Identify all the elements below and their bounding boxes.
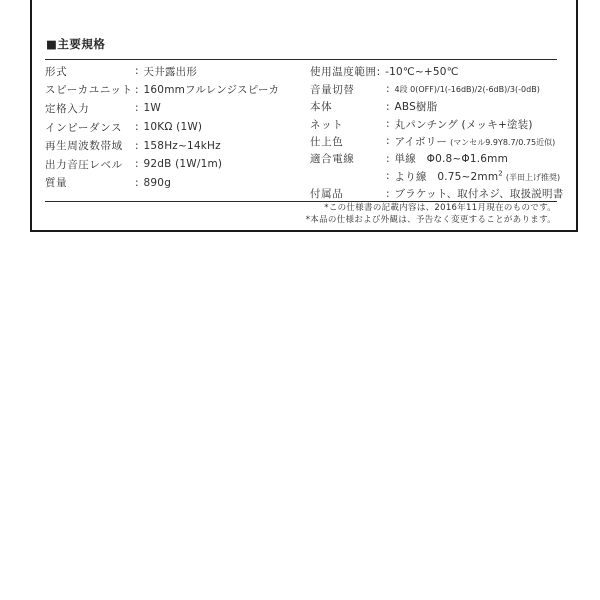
- section-title: ■主要規格: [46, 36, 105, 52]
- spec-row-finish-color: 仕上色:アイボリー(マンセル9.9Y8.7/0.75近似): [310, 133, 576, 150]
- spec-column-right: 使用温度範囲:-10℃~+50℃ 音量切替:4段 0(OFF)/1(-16dB)…: [310, 63, 576, 203]
- colon: :: [135, 102, 139, 114]
- spec-row-net: ネット:丸パンチング (メッキ+塗装): [310, 115, 576, 132]
- spec-value: 10KΩ (1W): [144, 121, 203, 133]
- spec-value-note: (半田上げ推奨): [506, 173, 560, 182]
- spec-label: インピーダンス: [45, 120, 135, 135]
- colon: :: [135, 158, 139, 170]
- footnote-line-1: *この仕様書の記載内容は、2016年11月現在のものです。: [45, 203, 556, 215]
- spec-value: 160mmフルレンジスピーカ: [144, 82, 280, 97]
- spec-row-output-spl: 出力音圧レベル:92dB (1W/1m): [45, 155, 307, 174]
- colon: :: [386, 118, 390, 130]
- spec-row-impedance: インピーダンス:10KΩ (1W): [45, 118, 307, 137]
- spec-label: 仕上色: [310, 134, 386, 149]
- spec-value: -10℃~+50℃: [385, 66, 459, 78]
- spec-row-keishiki: 形式:天井露出形: [45, 62, 307, 81]
- spec-label: 適合電線: [310, 151, 386, 166]
- spec-row-compatible-wire-stranded: :より線 0.75~2mm2(半田上げ推奨): [310, 168, 576, 185]
- spec-row-weight: 質量:890g: [45, 174, 307, 193]
- spec-label: 形式: [45, 64, 135, 79]
- footnote-line-2: *本品の仕様および外観は、予告なく変更することがあります。: [45, 215, 556, 227]
- spec-row-body-material: 本体:ABS樹脂: [310, 98, 576, 115]
- spec-row-speaker-unit: スピーカユニット:160mmフルレンジスピーカ: [45, 81, 307, 100]
- spec-label: ネット: [310, 117, 386, 132]
- colon: :: [135, 65, 139, 77]
- spec-label: 再生周波数帯域: [45, 138, 135, 153]
- colon: :: [135, 121, 139, 133]
- footnotes: *この仕様書の記載内容は、2016年11月現在のものです。 *本品の仕様および外…: [45, 203, 556, 226]
- colon: :: [386, 188, 390, 200]
- spec-row-frequency-range: 再生周波数帯域:158Hz~14kHz: [45, 136, 307, 155]
- spec-value: アイボリー(マンセル9.9Y8.7/0.75近似): [395, 134, 556, 149]
- spec-value: 4段 0(OFF)/1(-16dB)/2(-6dB)/3(-0dB): [395, 83, 540, 95]
- spec-row-accessories: 付属品:ブラケット、取付ネジ、取扱説明書: [310, 185, 576, 202]
- colon: :: [377, 66, 381, 78]
- spec-value: 890g: [144, 177, 172, 189]
- spec-label: スピーカユニット: [45, 82, 135, 97]
- spec-value: 158Hz~14kHz: [144, 140, 221, 152]
- colon: :: [386, 170, 390, 182]
- spec-label: 付属品: [310, 186, 386, 201]
- colon: :: [386, 101, 390, 113]
- divider-top: [45, 59, 557, 60]
- spec-row-operating-temp: 使用温度範囲:-10℃~+50℃: [310, 63, 576, 80]
- spec-value: 単線 Φ0.8~Φ1.6mm: [395, 151, 508, 166]
- spec-label: 出力音圧レベル: [45, 157, 135, 172]
- spec-value: ABS樹脂: [395, 99, 438, 114]
- spec-value: ブラケット、取付ネジ、取扱説明書: [395, 186, 564, 201]
- spec-label: 本体: [310, 99, 386, 114]
- spec-column-left: 形式:天井露出形 スピーカユニット:160mmフルレンジスピーカ 定格入力:1W…: [45, 62, 307, 192]
- spec-value: 1W: [144, 102, 161, 114]
- colon: :: [386, 135, 390, 147]
- spec-label: 音量切替: [310, 82, 386, 97]
- spec-value: 92dB (1W/1m): [144, 158, 223, 170]
- colon: :: [386, 153, 390, 165]
- spec-label: 質量: [45, 175, 135, 190]
- colon: :: [135, 177, 139, 189]
- spec-sheet-page: ■主要規格 形式:天井露出形 スピーカユニット:160mmフルレンジスピーカ 定…: [0, 0, 600, 600]
- spec-value: より線 0.75~2mm2(半田上げ推奨): [395, 169, 561, 184]
- spec-label: 使用温度範囲: [310, 64, 377, 79]
- superscript: 2: [498, 169, 503, 177]
- spec-label: 定格入力: [45, 101, 135, 116]
- spec-row-rated-input: 定格入力:1W: [45, 99, 307, 118]
- spec-value: 天井露出形: [144, 64, 198, 79]
- colon: :: [135, 84, 139, 96]
- colon: :: [135, 140, 139, 152]
- spec-row-compatible-wire-solid: 適合電線:単線 Φ0.8~Φ1.6mm: [310, 150, 576, 167]
- spec-value-note: (マンセル9.9Y8.7/0.75近似): [450, 138, 555, 147]
- colon: :: [386, 83, 390, 95]
- spec-value: 丸パンチング (メッキ+塗装): [395, 117, 533, 132]
- spec-row-volume-switch: 音量切替:4段 0(OFF)/1(-16dB)/2(-6dB)/3(-0dB): [310, 80, 576, 97]
